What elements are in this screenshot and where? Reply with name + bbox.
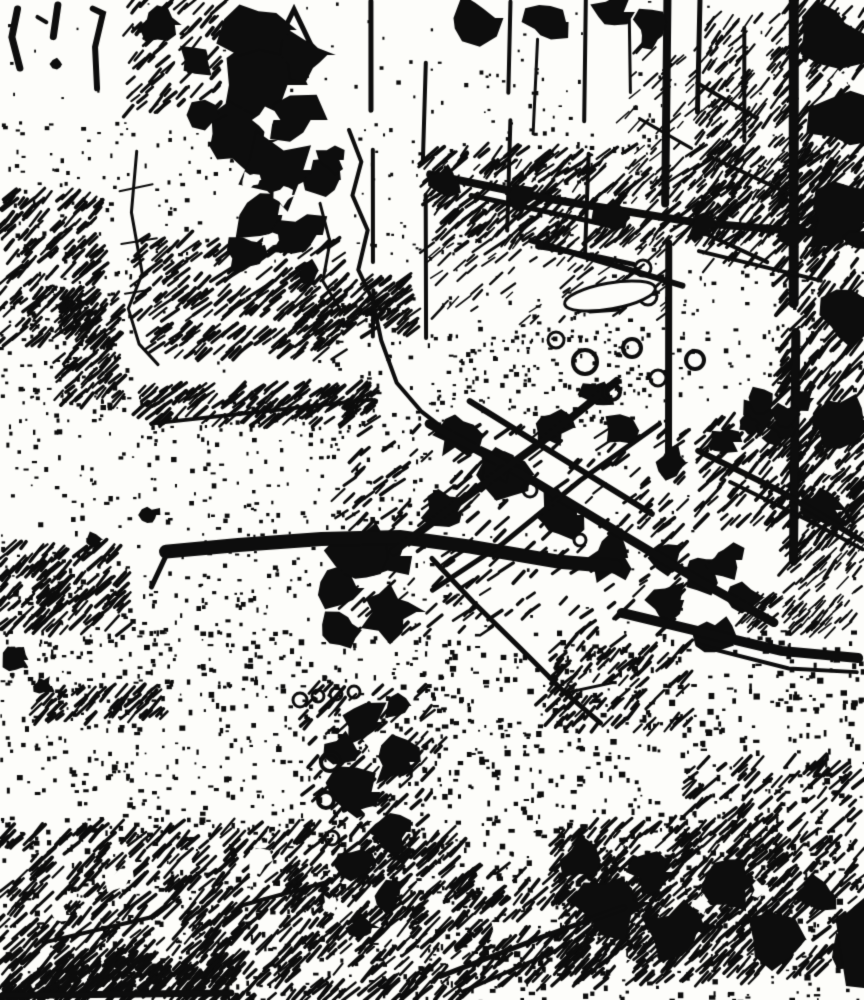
scanned-illustration-page bbox=[0, 0, 864, 1000]
forest-engraving-canvas bbox=[0, 0, 864, 1000]
